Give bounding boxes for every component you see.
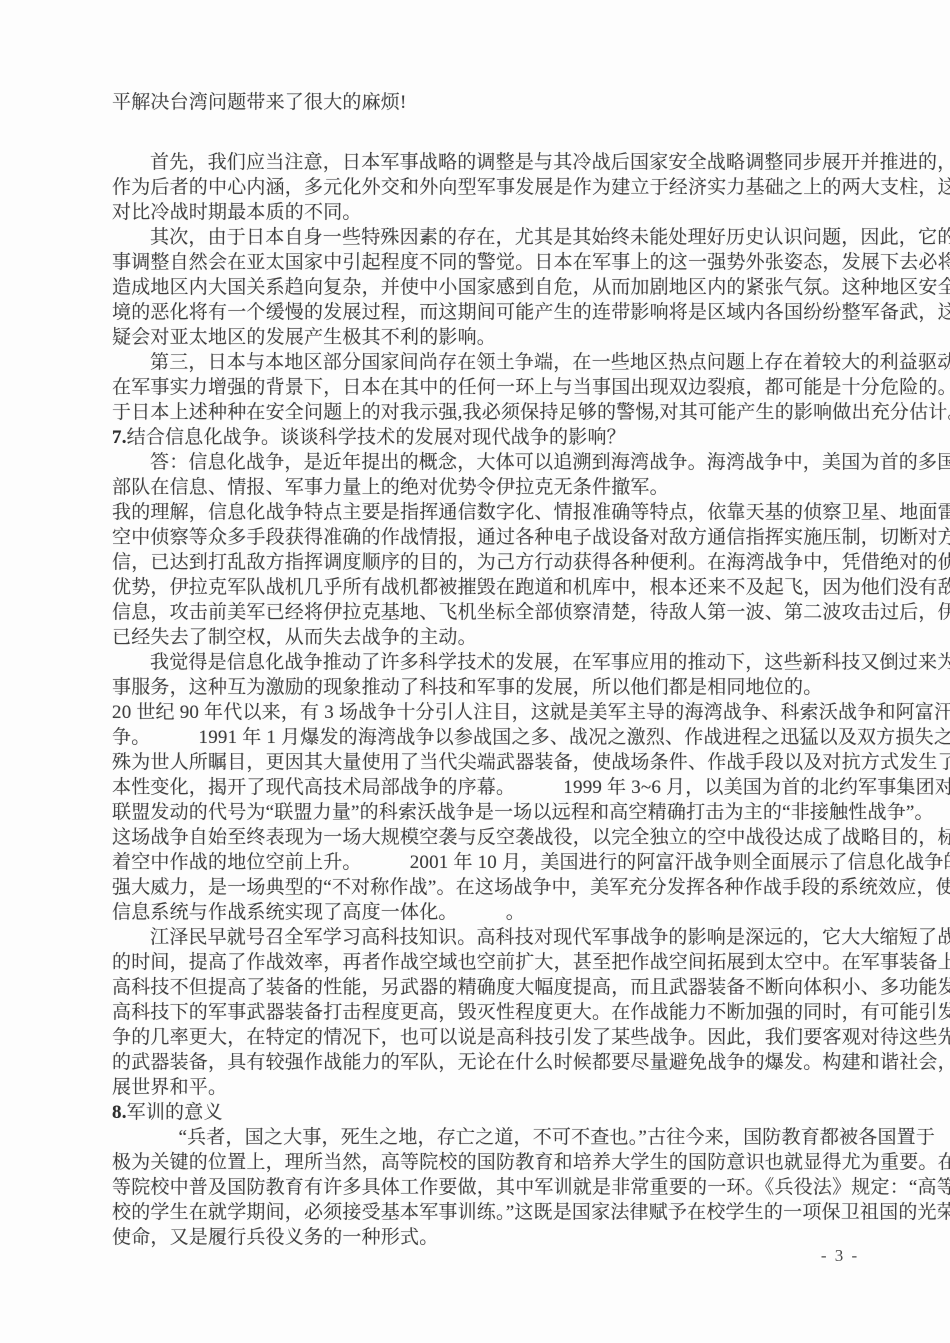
text-line: 着空中作战的地位空前上升。 2001 年 10 月，美国进行的阿富汗战争则全面展… [112,850,882,875]
text-line: 的武器装备，具有较强作战能力的军队，无论在什么时候都要尽量避免战争的爆发。构建和… [112,1050,882,1075]
text-line: 信息系统与作战系统实现了高度一体化。 。 [112,900,882,925]
intro-line: 平解决台湾问题带来了很大的麻烦! [112,90,882,115]
text-line: 的时间，提高了作战效率，再者作战空域也空前扩大，甚至把作战空间拓展到太空中。在军… [112,950,882,975]
text-line: 第三，日本与本地区部分国家间尚存在领土争端，在一些地区热点问题上存在着较大的利益… [112,350,882,375]
text-line: 本性变化，揭开了现代高技术局部战争的序幕。 1999 年 3~6 月，以美国为首… [112,775,882,800]
text-line: 答：信息化战争，是近年提出的概念，大体可以追溯到海湾战争。海湾战争中，美国为首的… [112,450,882,475]
question-number: 7. [112,427,127,448]
text-line: 优势，伊拉克军队战机几乎所有战机都被摧毁在跑道和机库中，根本还来不及起飞，因为他… [112,575,882,600]
text-line: 极为关键的位置上，理所当然，高等院校的国防教育和培养大学生的国防意识也就显得尤为… [112,1150,882,1175]
text-line: 联盟发动的代号为“联盟力量”的科索沃战争是一场以远程和高空精确打击为主的“非接触… [112,800,882,825]
text-line: 争。 1991 年 1 月爆发的海湾战争以参战国之多、战况之激烈、作战进程之迅猛… [112,725,882,750]
text-line: 高科技下的军事武器装备打击程度更高，毁灭性程度更大。在作战能力不断加强的同时，有… [112,1000,882,1025]
text-line: 在军事实力增强的背景下，日本在其中的任何一环上与当事国出现双边裂痕，都可能是十分… [112,375,882,400]
text-line: 疑会对亚太地区的发展产生极其不利的影响。 [112,325,882,350]
text-line: 事调整自然会在亚太国家中引起程度不同的警觉。日本在军事上的这一强势外张姿态，发展… [112,250,882,275]
text-line: 这场战争自始至终表现为一场大规模空袭与反空袭战役，以完全独立的空中战役达成了战略… [112,825,882,850]
text-line: 等院校中普及国防教育有许多具体工作要做，其中军训就是非常重要的一环。《兵役法》规… [112,1175,882,1200]
text-line: 我的理解，信息化战争特点主要是指挥通信数字化、情报准确等特点，依靠天基的侦察卫星… [112,500,882,525]
text-line: 殊为世人所瞩目，更因其大量使用了当代尖端武器装备，使战场条件、作战手段以及对抗方… [112,750,882,775]
text-line: 空中侦察等众多手段获得准确的作战情报，通过各种电子战设备对敌方通信指挥实施压制，… [112,525,882,550]
page-number: - 3 - [800,1246,880,1266]
text-line: 校的学生在就学期间，必须接受基本军事训练。”这既是国家法律赋予在校学生的一项保卫… [112,1200,882,1225]
text-line: 境的恶化将有一个缓慢的发展过程，而这期间可能产生的连带影响将是区域内各国纷纷整军… [112,300,882,325]
text-line: 展世界和平。 [112,1075,882,1100]
text-line: 其次，由于日本自身一些特殊因素的存在，尤其是其始终未能处理好历史认识问题，因此，… [112,225,882,250]
document-page: 平解决台湾问题带来了很大的麻烦!首先，我们应当注意，日本军事战略的调整是与其冷战… [0,0,950,1343]
text-line: 江泽民早就号召全军学习高科技知识。高科技对现代军事战争的影响是深远的，它大大缩短… [112,925,882,950]
text-line: 高科技不但提高了装备的性能，另武器的精确度大幅度提高，而且武器装备不断向体积小、… [112,975,882,1000]
text-line: 信，已达到打乱敌方指挥调度顺序的目的，为己方行动获得各种便利。在海湾战争中，凭借… [112,550,882,575]
page-content: 平解决台湾问题带来了很大的麻烦!首先，我们应当注意，日本军事战略的调整是与其冷战… [112,90,882,1250]
text-line: 强大威力，是一场典型的“不对称作战”。在这场战争中，美军充分发挥各种作战手段的系… [112,875,882,900]
text-line: 于日本上述种种在安全问题上的对我示强,我必须保持足够的警惕,对其可能产生的影响做… [112,400,882,425]
text-line: “兵者，国之大事，死生之地，存亡之道，不可不查也。”古往今来，国防教育都被各国置… [112,1125,882,1150]
text-line: 20 世纪 90 年代以来，有 3 场战争十分引人注目，这就是美军主导的海湾战争… [112,700,882,725]
question-8-heading: 8.军训的意义 [112,1100,882,1125]
text-line: 作为后者的中心内涵，多元化外交和外向型军事发展是作为建立于经济实力基础之上的两大… [112,175,882,200]
text-line: 使命，又是履行兵役义务的一种形式。 [112,1225,882,1250]
question-number: 8. [112,1102,127,1123]
text-line: 造成地区内大国关系趋向复杂，并使中小国家感到自危，从而加剧地区内的紧张气氛。这种… [112,275,882,300]
text-line: 我觉得是信息化战争推动了许多科学技术的发展，在军事应用的推动下，这些新科技又倒过… [112,650,882,675]
text-line: 争的几率更大，在特定的情况下，也可以说是高科技引发了某些战争。因此，我们要客观对… [112,1025,882,1050]
text-line: 部队在信息、情报、军事力量上的绝对优势令伊拉克无条件撤军。 [112,475,882,500]
text-line: 对比冷战时期最本质的不同。 [112,200,882,225]
question-7-heading: 7.结合信息化战争。谈谈科学技术的发展对现代战争的影响？ [112,425,882,450]
text-line: 已经失去了制空权，从而失去战争的主动。 [112,625,882,650]
text-line: 首先，我们应当注意，日本军事战略的调整是与其冷战后国家安全战略调整同步展开并推进… [112,150,882,175]
text-line: 事服务，这种互为激励的现象推动了科技和军事的发展，所以他们都是相同地位的。 [112,675,882,700]
text-line: 信息，攻击前美军已经将伊拉克基地、飞机坐标全部侦察清楚，待敌人第一波、第二波攻击… [112,600,882,625]
